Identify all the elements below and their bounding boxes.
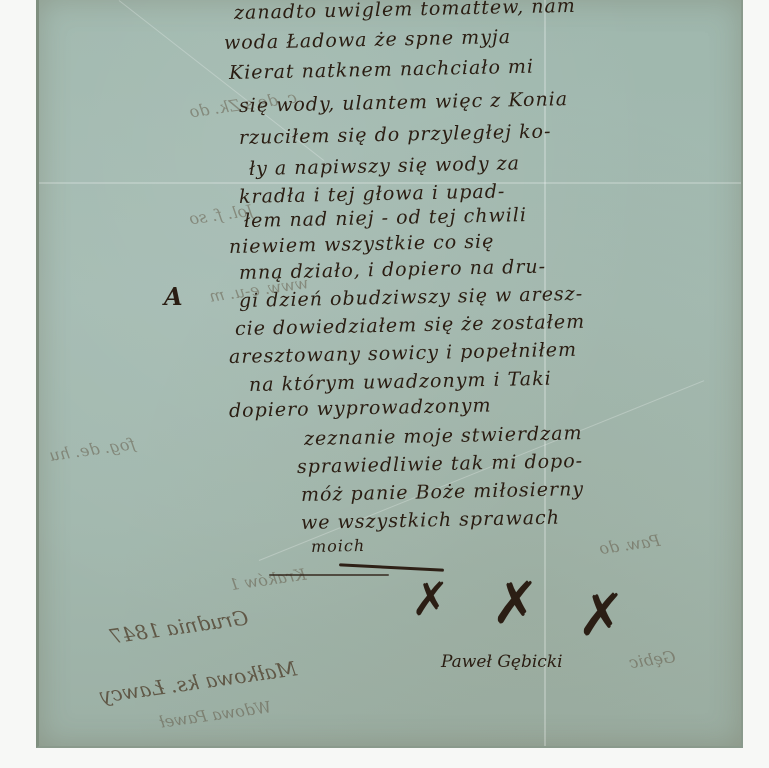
text-line: na którym uwadzonym i Taki [249, 368, 552, 396]
text-line: łem nad niej - od tej chwili [244, 204, 527, 232]
bleed-through-text: Kraków 1 [228, 565, 307, 595]
text-line: woda Ładowa że spne myja [224, 26, 512, 54]
text-line: niewiem wszystkie co się [229, 230, 495, 258]
text-line: kradła i tej głowa i upad- [239, 180, 506, 208]
closing-line: móż panie Boże miłosierny [301, 478, 585, 506]
closing-line: we wszystkich sprawach [301, 507, 560, 534]
text-line: aresztowany sowicy i popełniłem [229, 339, 577, 368]
text-line: zanadto uwiglem tomattew, nam [234, 0, 576, 24]
bleed-through-text: fog. de. hu [48, 434, 136, 465]
flourish-stroke [339, 563, 444, 571]
text-line: mną działo, i dopiero na dru- [239, 256, 547, 284]
closing-line: moich [311, 536, 366, 556]
signature-cross-mark: ✗ [491, 574, 540, 632]
signature-name: Paweł Gębicki [441, 652, 563, 672]
bleed-through-date: Grudnia 1847 [108, 605, 250, 648]
text-line: cie dowiedziałem się że zostałem [235, 311, 586, 340]
text-line: rzuciłem się do przyległej ko- [239, 120, 552, 149]
manuscript-page: c. de s Zk. do Jol. f. so www. e-u. m fo… [36, 0, 743, 748]
closing-line: sprawiedliwie tak mi dopo- [297, 450, 584, 478]
bleed-through-text: Wdowa Paweł [158, 697, 272, 731]
bleed-through-text: Gębic [628, 647, 677, 672]
flourish-stroke [269, 574, 389, 576]
text-line: Kierat natknem nachciało mi [229, 56, 534, 84]
text-line: dopiero wyprowadzonym [229, 395, 492, 422]
text-line: ły a napiwszy się wody za [249, 152, 520, 180]
margin-mark: A [164, 282, 183, 311]
signature-cross-mark: ✗ [577, 586, 626, 644]
bleed-through-text: Paw. do [598, 531, 661, 558]
signature-cross-mark: ✗ [411, 576, 450, 622]
